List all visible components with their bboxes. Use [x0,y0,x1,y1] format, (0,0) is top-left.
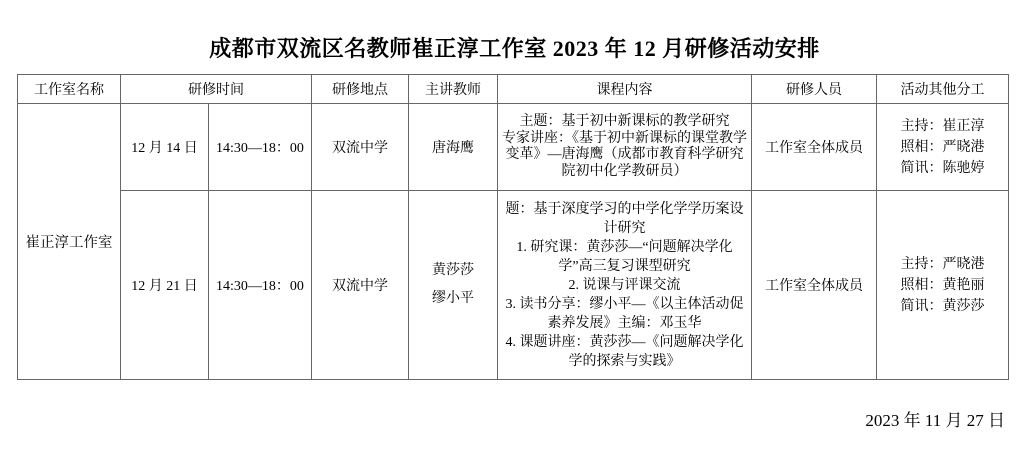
teacher-cell: 唐海鹰 [409,104,498,191]
header-participants: 研修人员 [752,75,877,104]
participants-cell: 工作室全体成员 [752,104,877,191]
participants-cell: 工作室全体成员 [752,191,877,380]
teacher-cell: 黄莎莎 缪小平 [409,191,498,380]
header-teacher: 主讲教师 [409,75,498,104]
roles-cell: 主持：崔正淳 照相：严晓港 简讯：陈驰婷 [877,104,1009,191]
content-cell: 主题：基于初中新课标的教学研究 专家讲座：《基于初中新课标的课堂教学变革》—唐海… [498,104,752,191]
header-workshop-name: 工作室名称 [18,75,121,104]
date-cell: 12 月 21 日 [121,191,209,380]
table-row: 崔正淳工作室 12 月 14 日 14:30—18：00 双流中学 唐海鹰 主题… [18,104,1009,191]
roles-cell: 主持：严晓港 照相：黄艳丽 简讯：黄莎莎 [877,191,1009,380]
location-cell: 双流中学 [312,191,409,380]
header-content: 课程内容 [498,75,752,104]
header-row: 工作室名称 研修时间 研修地点 主讲教师 课程内容 研修人员 活动其他分工 [18,75,1009,104]
time-cell: 14:30—18：00 [209,191,312,380]
date-cell: 12 月 14 日 [121,104,209,191]
schedule-table: 工作室名称 研修时间 研修地点 主讲教师 课程内容 研修人员 活动其他分工 崔正… [17,74,1009,380]
time-cell: 14:30—18：00 [209,104,312,191]
document-date: 2023 年 11 月 27 日 [865,406,1005,431]
document-page: 成都市双流区名教师崔正淳工作室 2023 年 12 月研修活动安排 工作室名称 … [0,0,1029,455]
content-cell: 题：基于深度学习的中学化学学历案设计研究 1. 研究课：黄莎莎—“问题解决学化学… [498,191,752,380]
workshop-name-cell: 崔正淳工作室 [18,104,121,380]
document-title: 成都市双流区名教师崔正淳工作室 2023 年 12 月研修活动安排 [0,32,1029,63]
header-time: 研修时间 [121,75,312,104]
table-row: 12 月 21 日 14:30—18：00 双流中学 黄莎莎 缪小平 题：基于深… [18,191,1009,380]
header-location: 研修地点 [312,75,409,104]
header-roles: 活动其他分工 [877,75,1009,104]
location-cell: 双流中学 [312,104,409,191]
